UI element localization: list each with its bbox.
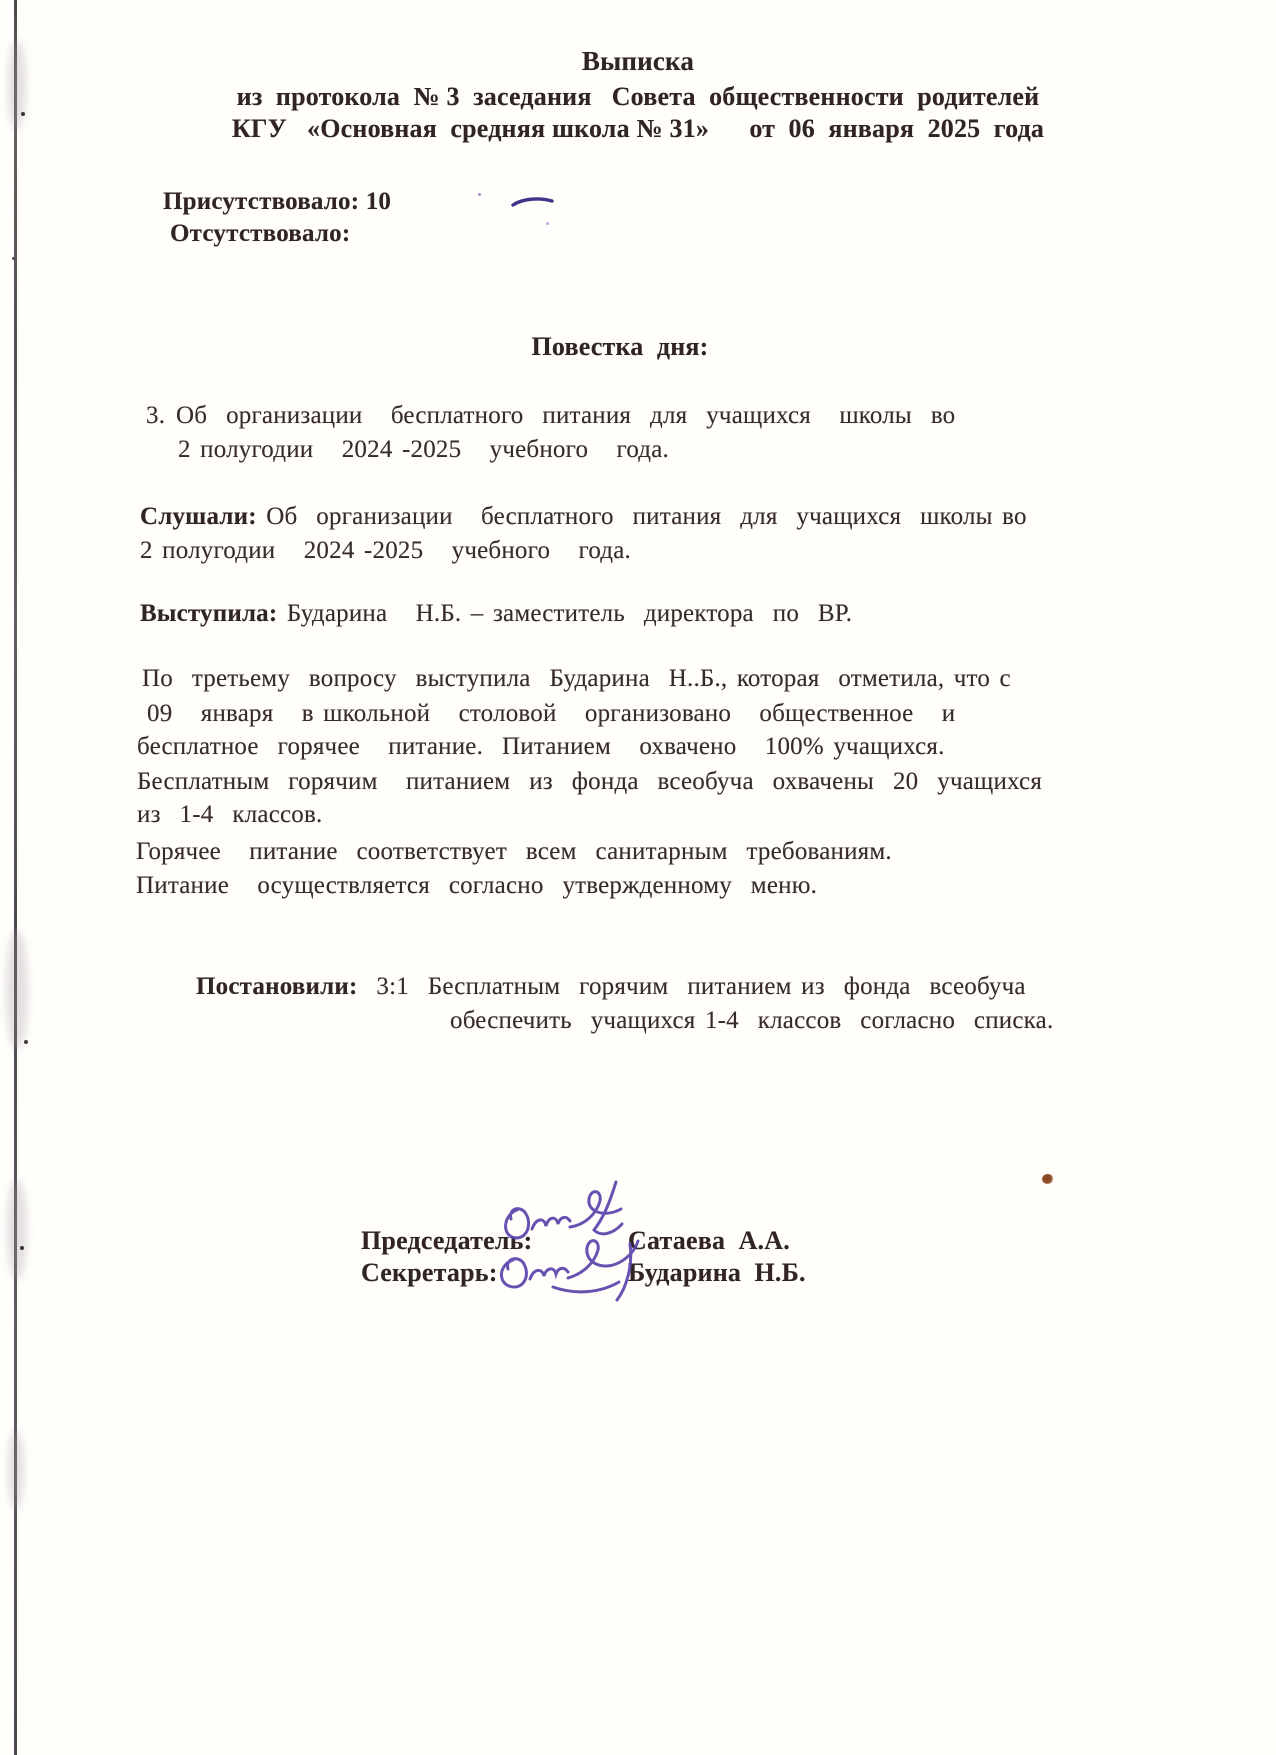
header-line-school-date: КГУ «Основная средняя школа № 31» от 06 … (0, 114, 1276, 144)
spoke-row: Выступила: Бударина Н.Б. – заместитель д… (140, 600, 852, 628)
scan-speck (12, 257, 15, 260)
signatures-ink (495, 1180, 665, 1320)
report-line: бесплатное горячее питание. Питанием охв… (137, 733, 945, 761)
report-line: 09 января в школьной столовой организова… (147, 700, 955, 728)
present-row: Присутствовало: 10 (163, 188, 391, 216)
scan-speck (20, 1246, 24, 1250)
present-label: Присутствовало: (163, 188, 359, 215)
scan-speck (24, 1040, 28, 1044)
spoke-label: Выступила: (140, 600, 277, 627)
pen-checkmark-stroke (510, 194, 556, 210)
absent-label: Отсутствовало: (170, 220, 350, 248)
report-line: По третьему вопросу выступила Бударина Н… (142, 665, 1011, 693)
resolution-row: Постановили: 3:1 Бесплатным горячим пита… (196, 973, 1026, 1001)
scan-smudge (6, 930, 28, 1050)
heard-line2: 2 полугодии 2024 -2025 учебного года. (140, 537, 631, 565)
agenda-item-line1: Об организации бесплатного питания для у… (176, 402, 955, 430)
chairman-signature (506, 1182, 622, 1238)
resolution-line2: обеспечить учащихся 1-4 классов согласно… (450, 1007, 1053, 1035)
scanned-protocol-page: Выписка из протокола № 3 заседания Совет… (0, 0, 1276, 1755)
doc-title: Выписка (0, 46, 1276, 77)
heard-label: Слушали: (140, 503, 257, 530)
report-line: Питание осуществляется согласно утвержде… (136, 872, 817, 900)
agenda-item-line2: 2 полугодии 2024 -2025 учебного года. (178, 436, 669, 464)
ink-speck (546, 222, 549, 225)
resolution-label: Постановили: (196, 973, 357, 1000)
spoke-text: Бударина Н.Б. – заместитель директора по… (277, 600, 852, 627)
agenda-item-number: 3. (146, 402, 165, 430)
ink-speck (478, 193, 481, 196)
resolution-line1: 3:1 Бесплатным горячим питанием из фонда… (357, 973, 1025, 1000)
report-line: из 1-4 классов. (137, 801, 322, 829)
secretary-label: Секретарь: (361, 1258, 498, 1288)
paper-stain (1042, 1174, 1053, 1184)
header-line-protocol: из протокола № 3 заседания Совета общест… (0, 82, 1276, 112)
present-value: 10 (366, 188, 391, 215)
report-line: Бесплатным горячим питанием из фонда все… (137, 768, 1042, 796)
heard-text: Об организации бесплатного питания для у… (257, 503, 1027, 530)
secretary-signature (501, 1241, 638, 1300)
scan-smudge (7, 1180, 27, 1280)
agenda-heading: Повестка дня: (0, 332, 1240, 362)
scan-smudge (8, 1430, 24, 1510)
heard-row: Слушали: Об организации бесплатного пита… (140, 503, 1027, 531)
report-line: Горячее питание соответствует всем санит… (136, 838, 892, 866)
